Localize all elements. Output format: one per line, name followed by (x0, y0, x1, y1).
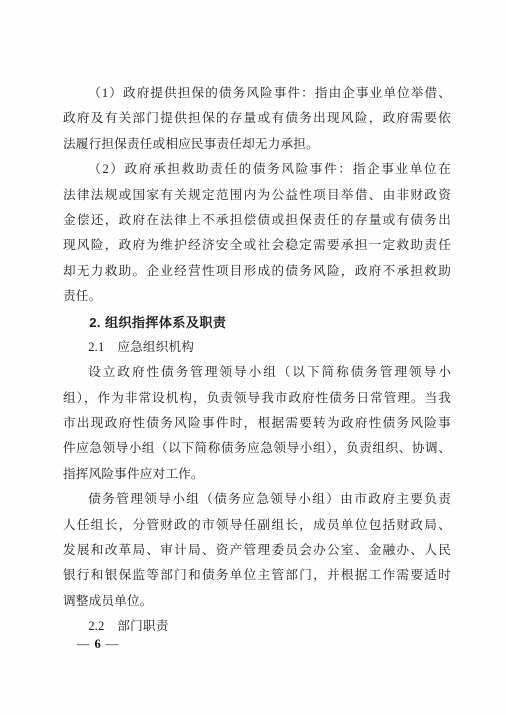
footer-dash-left: — (77, 637, 90, 651)
body-line: 法律法规或国家有关规定范围内为公益性项目举借、由非财政资 (63, 183, 451, 208)
body-line: 设立政府性债务管理领导小组（以下简称债务管理领导小 (63, 360, 451, 385)
body-line: 现风险，政府为维护经济安全或社会稳定需要承担一定救助责任 (63, 233, 451, 258)
body-line: 件应急领导小组（以下简称债务应急领导小组），负责组织、协调、 (63, 436, 451, 461)
body-line: 发展和改革局、审计局、资产管理委员会办公室、金融办、人民 (63, 538, 451, 563)
body-line: 金偿还，政府在法律上不承担偿债或担保责任的存量或有债务出 (63, 208, 451, 233)
body-line: 却无力救助。企业经营性项目形成的债务风险，政府不承担救助 (63, 259, 451, 284)
document-page: （1）政府提供担保的债务风险事件：指由企事业单位举借、 政府及有关部门提供担保的… (0, 0, 506, 715)
body-line: 市出现政府性债务风险事件时，根据需要转为政府性债务风险事 (63, 411, 451, 436)
footer-dash-right: — (106, 637, 119, 651)
body-line: 法履行担保责任或相应民事责任却无力承担。 (63, 132, 451, 157)
page-number: 6 (95, 637, 101, 651)
body-line: 责任。 (63, 284, 451, 309)
section-heading-2: 2. 组织指挥体系及职责 (63, 310, 451, 335)
subsection-heading-2-1: 2.1 应急组织机构 (63, 335, 451, 360)
body-line: 调整成员单位。 (63, 589, 451, 614)
body-line: 银行和银保监等部门和债务单位主管部门，并根据工作需要适时 (63, 563, 451, 588)
subsection-heading-2-2: 2.2 部门职责 (63, 614, 451, 639)
body-line: 政府及有关部门提供担保的存量或有债务出现风险，政府需要依 (63, 106, 451, 131)
body-line: 组），作为非常设机构，负责领导我市政府性债务日常管理。当我 (63, 386, 451, 411)
body-line: （2）政府承担救助责任的债务风险事件：指企事业单位在 (63, 157, 451, 182)
body-line: 指挥风险事件应对工作。 (63, 462, 451, 487)
body-line: 人任组长，分管财政的市领导任副组长，成员单位包括财政局、 (63, 513, 451, 538)
body-line: 债务管理领导小组（债务应急领导小组）由市政府主要负责 (63, 487, 451, 512)
document-body: （1）政府提供担保的债务风险事件：指由企事业单位举借、 政府及有关部门提供担保的… (63, 81, 451, 640)
page-number-footer: —6— (77, 636, 118, 652)
body-line: （1）政府提供担保的债务风险事件：指由企事业单位举借、 (63, 81, 451, 106)
